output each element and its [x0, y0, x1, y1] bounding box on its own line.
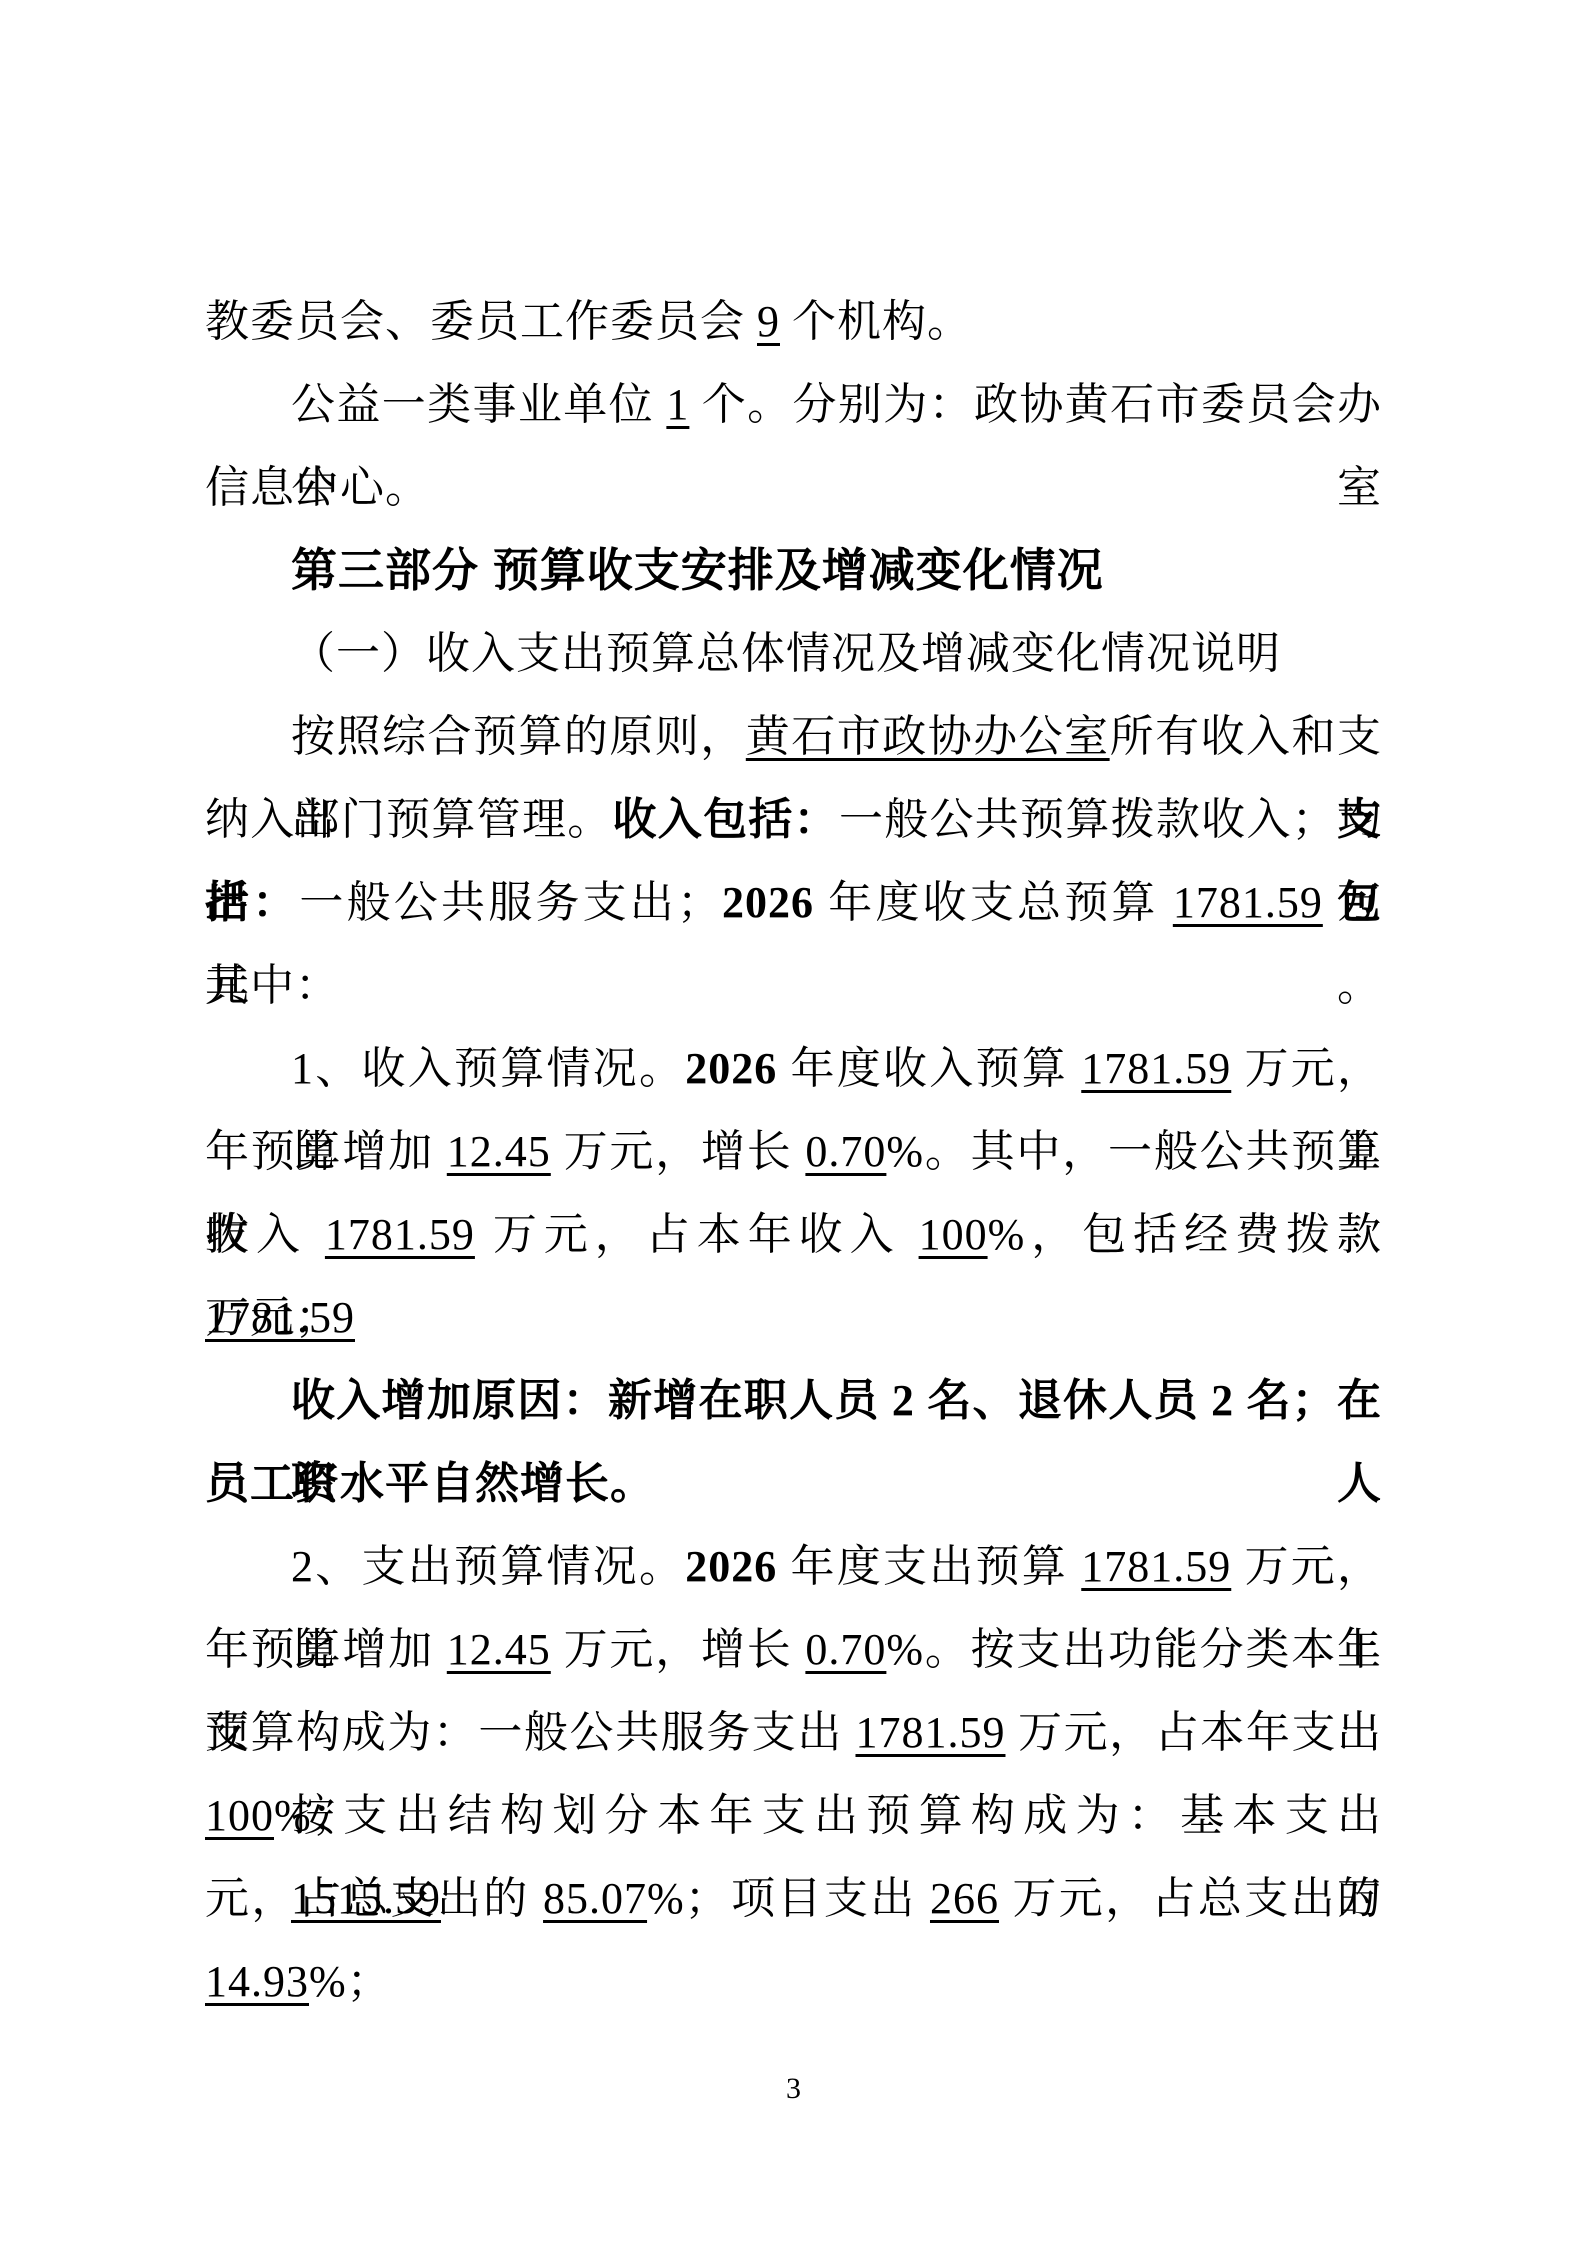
text-segment: 收入增加原因：新增在职人员: [291, 1376, 892, 1425]
text-segment: 纳入部门预算管理。: [205, 795, 613, 844]
underlined-value: 1781.59: [1081, 1044, 1231, 1093]
text-line: 公益一类事业单位 1 个。分别为：政协黄石市委员会办公室: [205, 363, 1382, 446]
text-segment: 收入包括：: [613, 795, 839, 844]
text-segment: 万元，增长: [551, 1625, 806, 1674]
underlined-value: 0.70: [805, 1625, 886, 1674]
text-segment: （一）收入支出预算总体情况及增减变化情况说明: [291, 629, 1281, 678]
text-segment: 收入: [205, 1210, 325, 1259]
underlined-value: 黄石市政协办公室: [746, 712, 1110, 761]
text-segment: 预算构成为：一般公共服务支出: [205, 1708, 855, 1757]
document-body: 教委员会、委员工作委员会 9 个机构。公益一类事业单位 1 个。分别为：政协黄石…: [205, 280, 1382, 1940]
text-segment: %；项目支出: [647, 1874, 930, 1923]
text-segment: 第三部分 预算收支安排及增减变化情况: [291, 544, 1104, 596]
underlined-value: 1781.59: [855, 1708, 1005, 1757]
text-line: 按照综合预算的原则，黄石市政协办公室所有收入和支出均: [205, 695, 1382, 778]
text-segment: 年度收入预算: [777, 1044, 1081, 1093]
text-line: 1、收入预算情况。2026 年度收入预算 1781.59 万元，比上: [205, 1027, 1382, 1110]
underlined-value: 1781.59: [1173, 878, 1323, 927]
text-line: 2、支出预算情况。2026 年度支出预算 1781.59 万元，比上: [205, 1525, 1382, 1608]
text-segment: 员工资水平自然增长。: [205, 1459, 655, 1508]
text-line: 元，占总支出的 85.07%；项目支出 266 万元，占总支出的 14.93%；: [205, 1857, 1382, 1940]
text-segment: 一般公共服务支出；: [299, 878, 722, 927]
text-line: 收入 1781.59 万元，占本年收入 100%，包括经费拨款 1781.59: [205, 1193, 1382, 1276]
text-segment: 年度收支总预算: [814, 878, 1173, 927]
text-segment: 年预算增加: [205, 1625, 447, 1674]
text-segment: 2: [1211, 1376, 1234, 1425]
text-line: 按支出结构划分本年支出预算构成为：基本支出 1515.59 万: [205, 1774, 1382, 1857]
text-line: 教委员会、委员工作委员会 9 个机构。: [205, 280, 1382, 363]
text-segment: 2026: [685, 1542, 777, 1591]
text-line: （一）收入支出预算总体情况及增减变化情况说明: [205, 612, 1382, 695]
underlined-value: 12.45: [447, 1625, 551, 1674]
underlined-value: 1: [666, 380, 689, 429]
text-segment: 2026: [722, 878, 814, 927]
underlined-value: 0.70: [805, 1127, 886, 1176]
text-segment: %，包括经费拨款: [988, 1210, 1382, 1259]
text-segment: 按支出结构划分本年支出预算构成为：基本支出: [291, 1791, 1382, 1840]
text-segment: 教委员会、委员工作委员会: [205, 297, 757, 346]
text-line: 年预算增加 12.45 万元，增长 0.70%。其中，一般公共预算拨款: [205, 1110, 1382, 1193]
underlined-value: 266: [930, 1874, 999, 1923]
text-segment: 按照综合预算的原则，: [291, 712, 746, 761]
text-segment: 2: [892, 1376, 915, 1425]
underlined-value: 9: [757, 297, 780, 346]
text-segment: 1、收入预算情况。: [291, 1044, 685, 1093]
section-heading: 第三部分 预算收支安排及增减变化情况: [205, 529, 1382, 612]
underlined-value: 100: [919, 1210, 988, 1259]
underlined-value: 100: [205, 1791, 274, 1840]
text-line: 预算构成为：一般公共服务支出 1781.59 万元，占本年支出 100%；: [205, 1691, 1382, 1774]
underlined-value: 1781.59: [1081, 1542, 1231, 1591]
text-segment: 年预算增加: [205, 1127, 447, 1176]
document-page: 教委员会、委员工作委员会 9 个机构。公益一类事业单位 1 个。分别为：政协黄石…: [0, 0, 1587, 2245]
page-number: 3: [0, 2072, 1587, 2106]
underlined-value: 1781.59: [325, 1210, 475, 1259]
text-segment: 公益一类事业单位: [291, 380, 666, 429]
text-line: 万元；: [205, 1276, 1382, 1359]
text-segment: 一般公共预算拨款收入；: [839, 795, 1337, 844]
underlined-value: 12.45: [447, 1127, 551, 1176]
text-segment: 名、退休人员: [915, 1376, 1211, 1425]
text-segment: 万元，占本年收入: [475, 1210, 919, 1259]
text-segment: 万元；: [205, 1293, 340, 1342]
text-segment: 元，占总支出的: [205, 1874, 543, 1923]
text-segment: 万元，占总支出的: [999, 1874, 1382, 1923]
text-line: 年预算增加 12.45 万元，增长 0.70%。按支出功能分类本年支出: [205, 1608, 1382, 1691]
text-segment: 万元，增长: [551, 1127, 806, 1176]
text-line: 纳入部门预算管理。收入包括：一般公共预算拨款收入；支出包: [205, 778, 1382, 861]
text-segment: 2026: [685, 1044, 777, 1093]
text-segment: 2、支出预算情况。: [291, 1542, 685, 1591]
text-segment: 括：: [205, 878, 299, 927]
underlined-value: 14.93: [205, 1957, 309, 2006]
underlined-value: 85.07: [543, 1874, 647, 1923]
text-line: 括：一般公共服务支出；2026 年度收支总预算 1781.59 万元。: [205, 861, 1382, 944]
text-segment: 信息中心。: [205, 463, 430, 512]
text-line: 收入增加原因：新增在职人员 2 名、退休人员 2 名；在职人: [205, 1359, 1382, 1442]
text-segment: 其中：: [205, 961, 340, 1010]
text-segment: 年度支出预算: [777, 1542, 1081, 1591]
text-segment: 个机构。: [780, 297, 972, 346]
text-segment: %；: [309, 1957, 392, 2006]
text-segment: 万元，占本年支出: [1005, 1708, 1382, 1757]
